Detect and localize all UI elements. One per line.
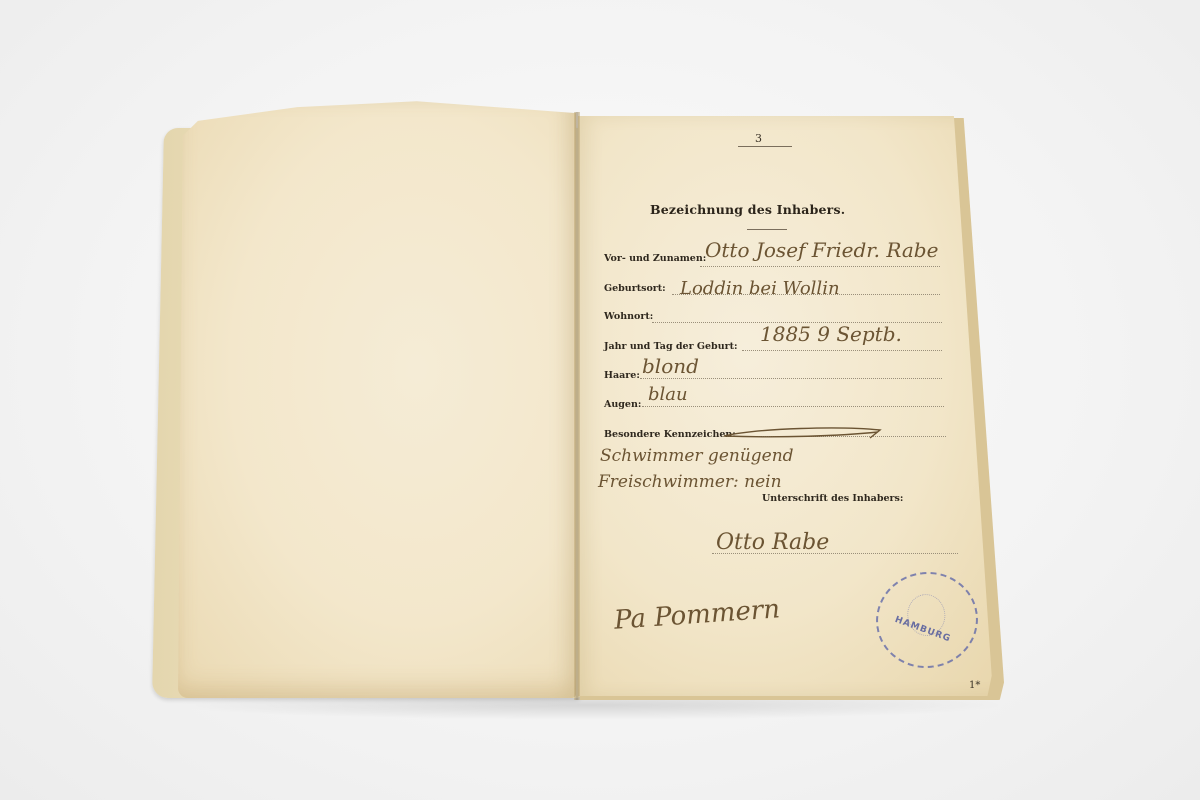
field-label-birthplace: Geburtsort: [604,283,666,294]
issuer-note: Pa Pommern [613,594,781,636]
document-title: Bezeichnung des Inhabers. [650,202,845,217]
field-label-name: Vor- und Zunamen: [604,253,706,264]
field-label-birthdate: Jahr und Tag der Geburt: [604,341,738,352]
field-value-hair: blond [642,354,699,378]
remark-line-2: Freischwimmer: nein [598,472,782,492]
page-number: 3 [755,132,762,145]
signature-label: Unterschrift des Inhabers: [762,493,903,504]
holder-signature: Otto Rabe [716,530,829,555]
field-label-eyes: Augen: [604,399,641,410]
document-content: 3 Bezeichnung des Inhabers. Vor- und Zun… [0,0,1200,800]
field-line-name [700,266,940,267]
field-value-name: Otto Josef Friedr. Rabe [705,238,938,262]
field-line-hair [640,378,942,379]
field-label-marks: Besondere Kennzeichen: [604,429,736,440]
field-value-birthplace: Loddin bei Wollin [680,278,840,299]
field-value-eyes: blau [648,384,688,405]
field-line-birthdate [742,350,942,351]
dash-mark-icon [720,424,885,444]
field-line-eyes [642,406,944,407]
official-stamp: HAMBURG [870,565,984,674]
field-value-birthdate: 1885 9 Septb. [760,322,902,346]
field-label-hair: Haare: [604,370,640,381]
page-number-rule [738,146,792,147]
remark-line-1: Schwimmer genügend [600,446,794,466]
field-label-residence: Wohnort: [604,311,653,322]
title-rule [747,229,787,230]
footer-mark: 1* [969,680,980,691]
